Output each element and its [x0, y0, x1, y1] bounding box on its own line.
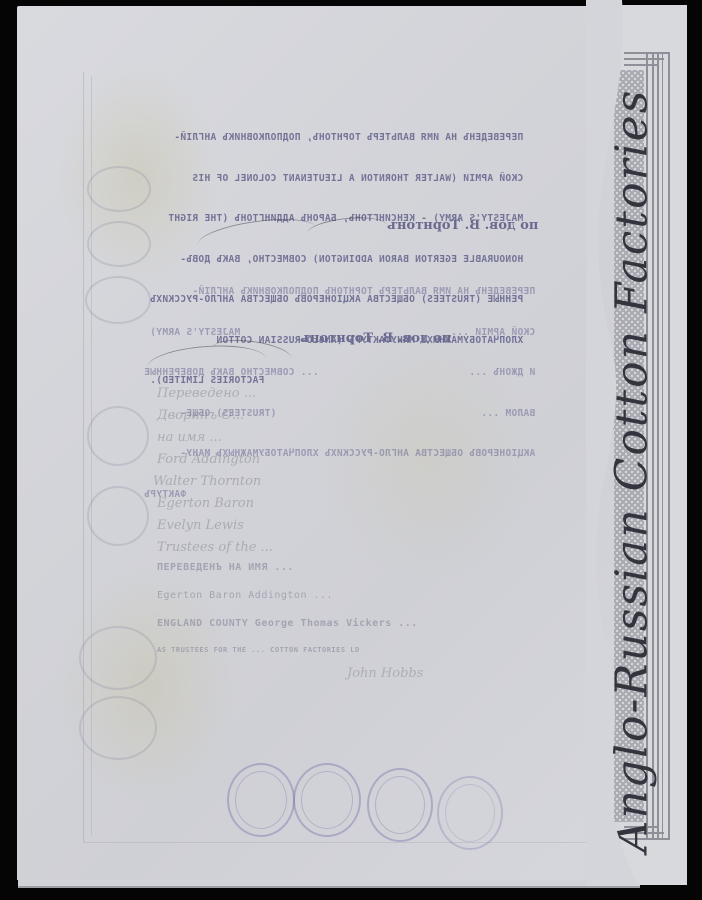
faint-print-line: Egerton Baron Addington ... — [157, 590, 333, 601]
stamp-line: И ДЖОНЪ ... ... СОВМЕСТНО ВАКЪ ДОВЕРЕННЫ… — [144, 366, 535, 380]
border-rule — [668, 52, 670, 840]
handwritten-line: Дворянъ О... — [157, 408, 244, 423]
show-through-oval — [79, 626, 157, 690]
border-rule — [662, 52, 663, 840]
faint-signature: John Hobbs — [347, 666, 423, 681]
wavy-sheet-edge — [586, 0, 646, 900]
handwritten-line: на имя ... — [157, 430, 222, 445]
handwritten-line: Evelyn Lewis — [157, 518, 244, 533]
handwritten-line: Переведено ... — [157, 386, 256, 401]
round-stamp — [227, 763, 295, 837]
round-stamp — [367, 768, 433, 842]
handwritten-line: Ford Addington — [157, 452, 260, 467]
handwritten-line: Walter Thornton — [153, 474, 261, 489]
handwritten-line: Egerton Baron — [157, 496, 254, 511]
round-stamp — [293, 763, 361, 837]
round-stamp — [437, 776, 503, 850]
stamp-line: СКОЙ АРМІИ (WALTER THORNTON A LIEUTENANT… — [150, 172, 523, 186]
show-through-oval — [79, 696, 157, 760]
faint-print-line: ПЕРЕВЕДЕНЪ НА ИМЯ ... — [157, 562, 294, 573]
stamp-signature-top: по дов. В. Торнтонъ — [387, 218, 538, 233]
stamp-line: ПЕРЕВЕДЕНЪ НА ИМЯ ВАЛЬТЕРЪ ТОРНТОНЪ ПОДП… — [144, 285, 535, 299]
faint-print-line: ENGLAND COUNTY George Thomas Vickers ... — [157, 618, 418, 629]
certificate-sheet: ПЕРЕВЕДЕНЪ НА ИМЯ ВАЛЬТЕРЪ ТОРНТОНЪ, ПОД… — [17, 6, 639, 880]
faint-print-line: AS TRUSTEES FOR THE ... COTTON FACTORIES… — [157, 646, 360, 654]
show-through-oval — [87, 486, 149, 546]
show-through-oval — [87, 166, 151, 212]
show-through-oval — [85, 276, 151, 324]
show-through-oval — [87, 221, 151, 267]
stamp-signature-middle: по дов. В. Торнтонъ — [300, 331, 451, 346]
show-through-oval — [87, 406, 149, 466]
handwritten-line: Trustees of the ... — [157, 540, 273, 555]
stamp-line: ПЕРЕВЕДЕНЪ НА ИМЯ ВАЛЬТЕРЪ ТОРНТОНЪ, ПОД… — [150, 131, 523, 145]
